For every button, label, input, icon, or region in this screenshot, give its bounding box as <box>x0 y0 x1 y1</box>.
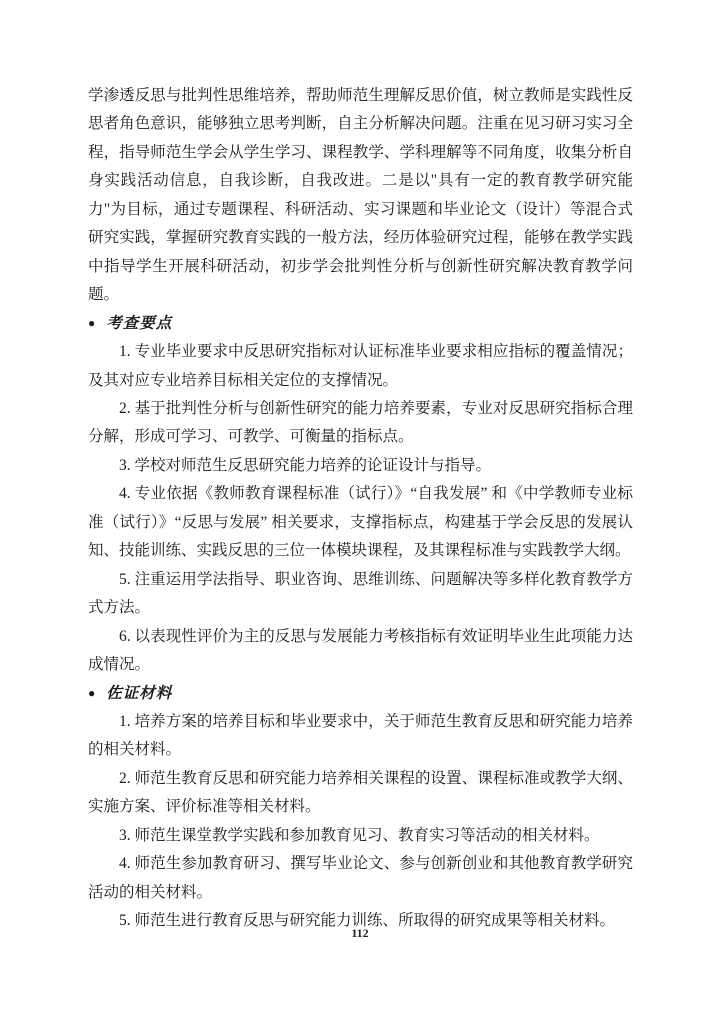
section-heading-supporting-materials: ●佐证材料 <box>88 680 633 708</box>
list-item: 4. 专业依据《教师教育课程标准（试行）》“自我发展” 和《中学教师专业标准（试… <box>88 480 633 565</box>
list-item: 3. 师范生课堂教学实践和参加教育见习、教育实习等活动的相关材料。 <box>88 822 633 850</box>
list-item: 3. 学校对师范生反思研究能力培养的论证设计与指导。 <box>88 452 633 480</box>
list-item: 5. 注重运用学法指导、职业咨询、思维训练、问题解决等多样化教育教学方式方法。 <box>88 566 633 623</box>
section-heading-label: 考查要点 <box>106 315 172 332</box>
list-item: 4. 师范生参加教育研习、撰写毕业论文、参与创新创业和其他教育教学研究活动的相关… <box>88 850 633 907</box>
list-item: 2. 师范生教育反思和研究能力培养相关课程的设置、课程标准或教学大纲、实施方案、… <box>88 765 633 822</box>
intro-paragraph: 学渗透反思与批判性思维培养，帮助师范生理解反思价值，树立教师是实践性反思者角色意… <box>88 82 633 310</box>
document-page: 学渗透反思与批判性思维培养，帮助师范生理解反思价值，树立教师是实践性反思者角色意… <box>0 0 720 1018</box>
list-item: 1. 专业毕业要求中反思研究指标对认证标准毕业要求相应指标的覆盖情况；及其对应专… <box>88 338 633 395</box>
page-content: 学渗透反思与批判性思维培养，帮助师范生理解反思价值，树立教师是实践性反思者角色意… <box>88 82 633 936</box>
page-number: 112 <box>0 926 720 941</box>
list-item: 2. 基于批判性分析与创新性研究的能力培养要素，专业对反思研究指标合理分解，形成… <box>88 395 633 452</box>
section-heading-label: 佐证材料 <box>106 685 172 702</box>
list-item: 6. 以表现性评价为主的反思与发展能力考核指标有效证明毕业生此项能力达成情况。 <box>88 623 633 680</box>
bullet-icon: ● <box>88 309 95 337</box>
section-heading-examination-points: ●考查要点 <box>88 310 633 338</box>
bullet-icon: ● <box>88 679 95 707</box>
list-item: 1. 培养方案的培养目标和毕业要求中，关于师范生教育反思和研究能力培养的相关材料… <box>88 708 633 765</box>
